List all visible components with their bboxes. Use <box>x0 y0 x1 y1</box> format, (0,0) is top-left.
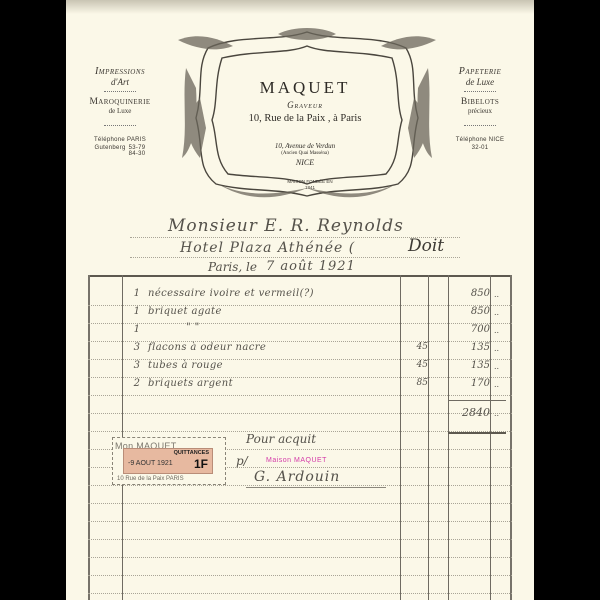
item-description: briquet agate <box>148 306 222 317</box>
brand-name: MAQUET <box>205 78 405 98</box>
item-amount: 850 <box>458 288 490 299</box>
nice-address: 10, Avenue de Verdun <box>205 142 405 150</box>
item-description: flacons à odeur nacre <box>148 342 266 353</box>
ruled-line <box>88 503 512 504</box>
stamp-bottom-text: 10 Rue de la Paix PARIS <box>117 476 184 482</box>
company-ink-stamp: Maison MAQUET <box>266 457 327 464</box>
tel-paris-label: Téléphone PARIS <box>72 137 168 143</box>
item-amount: 700 <box>458 324 490 335</box>
founded-year: 1841 <box>282 185 338 191</box>
total-rule <box>448 400 506 401</box>
item-description: briquets argent <box>148 378 233 389</box>
tel-exchange: Gutenberg <box>95 145 126 157</box>
header-left-line2: d'Art <box>72 77 168 87</box>
item-cents: .. <box>494 290 499 299</box>
header-right-line1: Papeterie <box>432 66 528 77</box>
item-unit-price: 85 <box>400 378 428 388</box>
ruled-line <box>88 539 512 540</box>
header-right-line4: précieux <box>432 107 528 115</box>
tel-nice-number: 32-01 <box>432 145 528 151</box>
ruled-line <box>88 521 512 522</box>
ruled-line <box>88 575 512 576</box>
doit-label: Doit <box>408 236 444 256</box>
paris-address: 10, Rue de la Paix , à Paris <box>205 113 405 124</box>
item-qty: 3 <box>118 360 140 371</box>
addressee-hotel: Hotel Plaza Athénée ( <box>180 240 355 256</box>
signature-underline <box>246 487 386 488</box>
ruled-line <box>130 257 460 258</box>
addressee-name: Monsieur E. R. Reynolds <box>168 216 404 236</box>
receipt-line1: Pour acquit <box>246 432 316 446</box>
header-left-line1: Impressions <box>72 66 168 77</box>
item-amount: 170 <box>458 378 490 389</box>
stamp-type: QUITTANCES <box>174 450 209 456</box>
item-amount: 135 <box>458 342 490 353</box>
nice-address-note: (Ancien Quai Masséna) <box>205 151 405 156</box>
header-right: Papeterie de Luxe Bibelots précieux Télé… <box>432 66 528 151</box>
divider <box>104 91 136 93</box>
header-left-line3: Maroquinerie <box>72 97 168 107</box>
header-left-line4: de Luxe <box>72 107 168 115</box>
invoice-date: 7 août 1921 <box>266 259 356 274</box>
place-prefix: Paris, le <box>208 260 257 274</box>
ruled-line <box>88 323 512 324</box>
signature: G. Ardouin <box>254 469 340 485</box>
divider <box>464 125 496 127</box>
divider <box>464 91 496 93</box>
header-right-line2: de Luxe <box>432 77 528 87</box>
item-amount: 135 <box>458 360 490 371</box>
item-qty: 1 <box>118 288 140 299</box>
total-cents: .. <box>494 409 499 418</box>
item-unit-price: 45 <box>400 360 428 370</box>
tel-number: 84-30 <box>129 151 146 157</box>
ruled-line <box>88 413 512 414</box>
item-description: tubes à rouge <box>148 360 223 371</box>
ruled-line <box>88 557 512 558</box>
header-right-line3: Bibelots <box>432 97 528 107</box>
item-qty: 1 <box>118 306 140 317</box>
item-cents: .. <box>494 308 499 317</box>
item-cents: .. <box>494 380 499 389</box>
total-double-rule <box>448 432 506 434</box>
receipt-line2: p/ <box>236 454 248 468</box>
stamp-value: 1F <box>194 457 208 471</box>
tel-nice-label: Téléphone NICE <box>432 137 528 143</box>
brand-subtitle: Graveur <box>205 100 405 110</box>
nice-city: NICE <box>205 158 405 167</box>
item-qty: 2 <box>118 378 140 389</box>
item-qty: 1 <box>118 324 140 335</box>
ruled-line <box>88 593 512 594</box>
total-amount: 2840 <box>458 406 490 419</box>
quittance-stamp: QUITTANCES -9 AOUT 1921 1F <box>123 448 213 474</box>
item-cents: .. <box>494 362 499 371</box>
item-cents: .. <box>494 326 499 335</box>
ruled-line <box>88 485 512 486</box>
stamp-date: -9 AOUT 1921 <box>128 460 173 467</box>
item-cents: .. <box>494 344 499 353</box>
item-qty: 3 <box>118 342 140 353</box>
header-left: Impressions d'Art Maroquinerie de Luxe T… <box>72 66 168 157</box>
item-unit-price: 45 <box>400 342 428 352</box>
item-amount: 850 <box>458 306 490 317</box>
divider <box>104 125 136 127</box>
ruled-line <box>88 395 512 396</box>
fiscal-stamp: Mon MAQUET QUITTANCES -9 AOUT 1921 1F 10… <box>112 437 226 485</box>
item-description: nécessaire ivoire et vermeil(?) <box>148 288 314 299</box>
founded-banner: MAISON FONDÉE EN 1841 <box>282 179 338 191</box>
item-description: " " <box>186 322 200 333</box>
